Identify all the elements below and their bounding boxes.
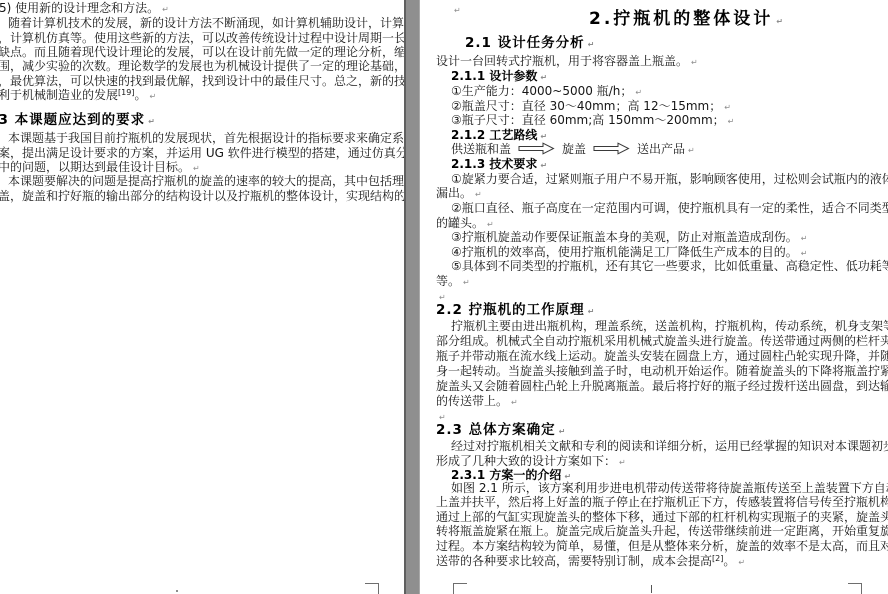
text-boundary-mark: [453, 583, 467, 594]
text-span: ②瓶盖尺寸：直径 30～40mm；高 12～15mm；: [451, 99, 721, 113]
text-span: 旋盖头又会随着圆柱凸轮上升脱离瓶盖。最后将拧好的瓶子经过拨杆送出圆盘，到达输出: [436, 379, 888, 393]
text-line: 身一起转动。当旋盖头接触到盖子时，电动机开始运作。随着旋盖头的下降将瓶盖拧紧。: [436, 364, 888, 378]
text-span: ①生产能力：4000~5000 瓶/h；: [451, 84, 632, 98]
text-span: 2.3 总体方案确定: [436, 422, 556, 438]
text-line: 本课题要解决的问题是提高拧瓶机的旋盖的速率的较大的提高，其中包括理盖，送盖，: [8, 174, 406, 188]
text-span: 2.1.2 工艺路线: [451, 128, 537, 142]
text-line: ②瓶口直径、瓶子高度在一定范围内可调，使拧瓶机具有一定的柔性，适合不同类型: [451, 201, 888, 215]
text-line: 的缺点。而且随着现代设计理论的发展，可以在设计前先做一定的理论分析，缩小设计的: [0, 45, 406, 59]
paragraph-end-mark: ↵: [149, 92, 156, 101]
text-span: 供送瓶和盖: [451, 142, 511, 156]
text-line: 瓶子并带动瓶在流水线上运动。旋盖头安装在圆盘上方，通过圆柱凸轮实现升降，并随瓶: [436, 349, 888, 363]
text-boundary-mark: [365, 583, 379, 594]
text-line: 方案，提出满足设计要求的方案，并运用 UG 软件进行模型的搭建，通过仿真分析，找…: [0, 146, 406, 160]
text-line: 送带的各种要求比较高，需要特别订制，成本会提高[2]。↵: [436, 554, 745, 570]
text-span: 。: [723, 554, 735, 568]
text-line: ①生产能力：4000~5000 瓶/h；↵: [451, 84, 642, 100]
section-heading: 1.3 本课题应达到的要求↵: [0, 113, 156, 129]
text-boundary-mark: [848, 583, 862, 594]
text-line: ↵: [451, 2, 461, 18]
text-span: 拧瓶机主要由进出瓶机构，理盖系统，送盖机构，拧瓶机构，传动系统，机身支架等: [451, 319, 888, 333]
text-span: 范围，减少实验的次数。理论数学的发展也为机械设计提供了一定的理论基础，如遗传算: [0, 59, 406, 73]
subsection-heading: 2.1.1 设计参数↵: [451, 69, 547, 85]
paragraph-end-mark: ↵: [193, 164, 200, 173]
page-right[interactable]: ↵2.拧瓶机的整体设计↵2.1 设计任务分析↵设计一台回转式拧瓶机，用于将容器盖…: [419, 0, 888, 594]
text-line: 随着计算机技术的发展，新的设计方法不断涌现，如计算机辅助设计，计算机辅助制: [8, 16, 406, 30]
paragraph-end-mark: ↵: [463, 278, 470, 287]
text-span: ④拧瓶机的效率高，使用拧瓶机能满足工厂降低生产成本的目的。: [451, 245, 798, 259]
text-span: 上盖并扶平，然后将上好盖的瓶子停止在拧瓶机正下方，传感装置将信号传至拧瓶机构，: [436, 495, 888, 509]
text-line: 造，计算机仿真等。使用这些新的方法，可以改善传统设计过程中设计周期一长，成本高: [0, 31, 406, 45]
text-line: 转将瓶盖旋紧在瓶上。旋盖完成后旋盖头升起，传送带继续前进一定距离，开始重复旋盖: [436, 524, 888, 538]
text-span: 的缺点。而且随着现代设计理论的发展，可以在设计前先做一定的理论分析，缩小设计的: [0, 45, 406, 59]
text-line: 经过对拧瓶机相关文献和专利的阅读和详细分析，运用已经掌握的知识对本课题初步: [451, 439, 888, 453]
text-span: 送带的各种要求比较高，需要特别订制，成本会提高: [436, 554, 712, 568]
text-line: 如图 2.1 所示，该方案利用步进电机带动传送带将待旋盖瓶传送至上盖装置下方自动: [451, 481, 888, 495]
page-left[interactable]: 5) 使用新的设计理念和方法。↵随着计算机技术的发展，新的设计方法不断涌现，如计…: [0, 0, 406, 594]
text-span: 旋盖: [562, 142, 586, 156]
paragraph-end-mark: ↵: [801, 234, 808, 243]
section-heading: 2.2 拧瓶机的工作原理↵: [436, 303, 595, 319]
paragraph-end-mark: ↵: [540, 161, 547, 170]
text-line: 等。↵: [436, 274, 470, 290]
text-span: 2.1 设计任务分析: [465, 35, 585, 51]
text-span: 。: [134, 88, 146, 102]
text-span: 方案，提出满足设计要求的方案，并运用 UG 软件进行模型的搭建，通过仿真分析，找…: [0, 146, 406, 160]
text-span: 其中的问题，以期达到最佳设计目标。: [0, 160, 190, 174]
section-heading: 2.1 设计任务分析↵: [465, 36, 595, 52]
text-line: 范围，减少实验的次数。理论数学的发展也为机械设计提供了一定的理论基础，如遗传算: [0, 59, 406, 73]
text-line: 过程。本方案结构较为简单，易懂，但是从整体来分析，旋盖的效率不是太高，而且对传: [436, 539, 888, 553]
paragraph-end-mark: ↵: [619, 458, 626, 467]
text-span: 等。: [436, 274, 460, 288]
paragraph-end-mark: ↵: [728, 117, 735, 126]
text-span: 部分组成。机械式全自动拧瓶机采用机械式旋盖头进行旋盖。传送带通过两侧的栏杆夹紧: [436, 334, 888, 348]
text-span: ③拧瓶机旋盖动作要保证瓶盖本身的美观，防止对瓶盖造成刮伤。: [451, 230, 798, 244]
flow-arrow-icon: [593, 142, 630, 155]
text-line: 法，最优算法，可以快速的找到最优解，找到设计中的最佳尺寸。总之，新的技术和方法: [0, 74, 406, 88]
text-line: 的传送带上。↵: [436, 394, 518, 410]
text-line: 旋盖，旋盖和拧好瓶的输出部分的结构设计以及拧瓶机的整体设计，实现结构的最优。↵: [0, 189, 406, 205]
paragraph-end-mark: ↵: [540, 73, 547, 82]
footer-paragraph-dot: [176, 590, 178, 592]
paragraph-end-mark: ↵: [724, 103, 731, 112]
document-view: { "app": { "view": "two-page word-proces…: [0, 0, 888, 594]
text-line: 5) 使用新的设计理念和方法。↵: [0, 1, 169, 17]
paragraph-end-mark: ↵: [540, 132, 547, 141]
paragraph-end-mark: ↵: [475, 190, 482, 199]
text-span: 经过对拧瓶机相关文献和专利的阅读和详细分析，运用已经掌握的知识对本课题初步: [451, 439, 888, 453]
text-span: 本课题要解决的问题是提高拧瓶机的旋盖的速率的较大的提高，其中包括理盖，送盖，: [8, 174, 406, 188]
text-line: 部分组成。机械式全自动拧瓶机采用机械式旋盖头进行旋盖。传送带通过两侧的栏杆夹紧: [436, 334, 888, 348]
text-span: 2.2 拧瓶机的工作原理: [436, 302, 585, 318]
paragraph-end-mark: ↵: [162, 5, 169, 14]
text-span: 漏出。: [436, 186, 472, 200]
text-span: 造，计算机仿真等。使用这些新的方法，可以改善传统设计过程中设计周期一长，成本高: [0, 31, 406, 45]
text-line: 拧瓶机主要由进出瓶机构，理盖系统，送盖机构，拧瓶机构，传动系统，机身支架等: [451, 319, 888, 333]
citation-superscript: [19]: [118, 88, 134, 97]
text-span: 随着计算机技术的发展，新的设计方法不断涌现，如计算机辅助设计，计算机辅助制: [8, 16, 406, 30]
text-line: ③拧瓶机旋盖动作要保证瓶盖本身的美观，防止对瓶盖造成刮伤。↵: [451, 230, 807, 246]
text-span: 送出产品: [637, 142, 685, 156]
text-span: 的传送带上。: [436, 394, 508, 408]
text-line: 漏出。↵: [436, 186, 482, 202]
text-span: 瓶子并带动瓶在流水线上运动。旋盖头安装在圆盘上方，通过圆柱凸轮实现升降，并随瓶: [436, 349, 888, 363]
text-line: ①旋紧力要合适，过紧则瓶子用户不易开瓶，影响顾客使用，过松则会试瓶内的液体: [451, 172, 888, 186]
subsection-heading: 2.1.3 技术要求↵: [451, 157, 547, 173]
text-span: 旋盖，旋盖和拧好瓶的输出部分的结构设计以及拧瓶机的整体设计，实现结构的最优。: [0, 189, 406, 203]
paragraph-end-mark: ↵: [588, 40, 596, 49]
text-span: 设计一台回转式拧瓶机，用于将容器盖上瓶盖。: [436, 54, 688, 68]
text-span: 通过上部的气缸实现旋盖头的整体下移，通过下部的杠杆机构实现瓶子的夹紧，旋盖头旋: [436, 510, 888, 524]
text-span: ⑤具体到不同类型的拧瓶机，还有其它一些要求，比如低重量、高稳定性、低功耗等: [451, 259, 888, 273]
paragraph-end-mark: ↵: [738, 558, 745, 567]
paragraph-end-mark: ↵: [776, 17, 786, 26]
paragraph-end-mark: ↵: [487, 220, 494, 229]
text-span: 2.拧瓶机的整体设计: [589, 9, 773, 29]
paragraph-end-mark: ↵: [801, 249, 808, 258]
section-heading: 2.3 总体方案确定↵: [436, 423, 566, 439]
text-span: 2.3.1 方案一的介绍: [451, 468, 561, 482]
text-span: 身一起转动。当旋盖头接触到盖子时，电动机开始运作。随着旋盖头的下降将瓶盖拧紧。: [436, 364, 888, 378]
chapter-title: 2.拧瓶机的整体设计↵: [589, 12, 786, 29]
text-line: 本课题基于我国目前拧瓶机的发展现状，首先根据设计的指标要求来确定系统的总体: [8, 131, 406, 145]
text-span: ③瓶子尺寸：直径 60mm;高 150mm～200mm；: [451, 113, 725, 127]
text-span: 本课题基于我国目前拧瓶机的发展现状，首先根据设计的指标要求来确定系统的总体: [8, 131, 406, 145]
paragraph-end-mark: ↵: [559, 427, 567, 436]
text-span: 有利于机械制造业的发展: [0, 88, 118, 102]
text-span: 的罐头。: [436, 216, 484, 230]
text-line: 旋盖头又会随着圆柱凸轮上升脱离瓶盖。最后将拧好的瓶子经过拨杆送出圆盘，到达输出: [436, 379, 888, 393]
paragraph-end-mark: ↵: [564, 472, 571, 481]
flow-arrow-icon: [518, 142, 555, 155]
text-span: ①旋紧力要合适，过紧则瓶子用户不易开瓶，影响顾客使用，过松则会试瓶内的液体: [451, 172, 888, 186]
text-line: 上盖并扶平，然后将上好盖的瓶子停止在拧瓶机正下方，传感装置将信号传至拧瓶机构，: [436, 495, 888, 509]
footer-cursor-mark: [651, 585, 652, 593]
paragraph-end-mark: ↵: [454, 6, 461, 15]
text-span: 5) 使用新的设计理念和方法。: [0, 1, 159, 15]
text-span: 法，最优算法，可以快速的找到最优解，找到设计中的最佳尺寸。总之，新的技术和方法: [0, 74, 406, 88]
paragraph-end-mark: ↵: [588, 307, 596, 316]
paragraph-end-mark: ↵: [511, 398, 518, 407]
text-span: ②瓶口直径、瓶子高度在一定范围内可调，使拧瓶机具有一定的柔性，适合不同类型: [451, 201, 888, 215]
paragraph-end-mark: ↵: [635, 88, 642, 97]
paragraph-end-mark: ↵: [688, 146, 695, 155]
text-line: ③瓶子尺寸：直径 60mm;高 150mm～200mm；↵: [451, 113, 734, 129]
text-line: 通过上部的气缸实现旋盖头的整体下移，通过下部的杠杆机构实现瓶子的夹紧，旋盖头旋: [436, 510, 888, 524]
paragraph-end-mark: ↵: [148, 117, 156, 126]
text-span: 转将瓶盖旋紧在瓶上。旋盖完成后旋盖头升起，传送带继续前进一定距离，开始重复旋盖: [436, 524, 888, 538]
text-line: 有利于机械制造业的发展[19]。↵: [0, 88, 156, 104]
text-span: 2.1.1 设计参数: [451, 69, 537, 83]
text-span: 2.1.3 技术要求: [451, 157, 537, 171]
process-route-line: 供送瓶和盖旋盖送出产品↵: [451, 142, 695, 158]
paragraph-end-mark: ↵: [691, 58, 698, 67]
paragraph-end-mark: ↵: [439, 293, 446, 302]
text-line: 设计一台回转式拧瓶机，用于将容器盖上瓶盖。↵: [436, 54, 698, 70]
text-span: 形成了几种大致的设计方案如下：: [436, 454, 616, 468]
citation-superscript: [2]: [712, 554, 723, 563]
paragraph-end-mark: ↵: [439, 413, 446, 422]
text-line: ⑤具体到不同类型的拧瓶机，还有其它一些要求，比如低重量、高稳定性、低功耗等: [451, 259, 888, 273]
text-span: 1.3 本课题应达到的要求: [0, 112, 145, 128]
text-span: 过程。本方案结构较为简单，易懂，但是从整体来分析，旋盖的效率不是太高，而且对传: [436, 539, 888, 553]
text-span: 如图 2.1 所示，该方案利用步进电机带动传送带将待旋盖瓶传送至上盖装置下方自动: [451, 481, 888, 495]
